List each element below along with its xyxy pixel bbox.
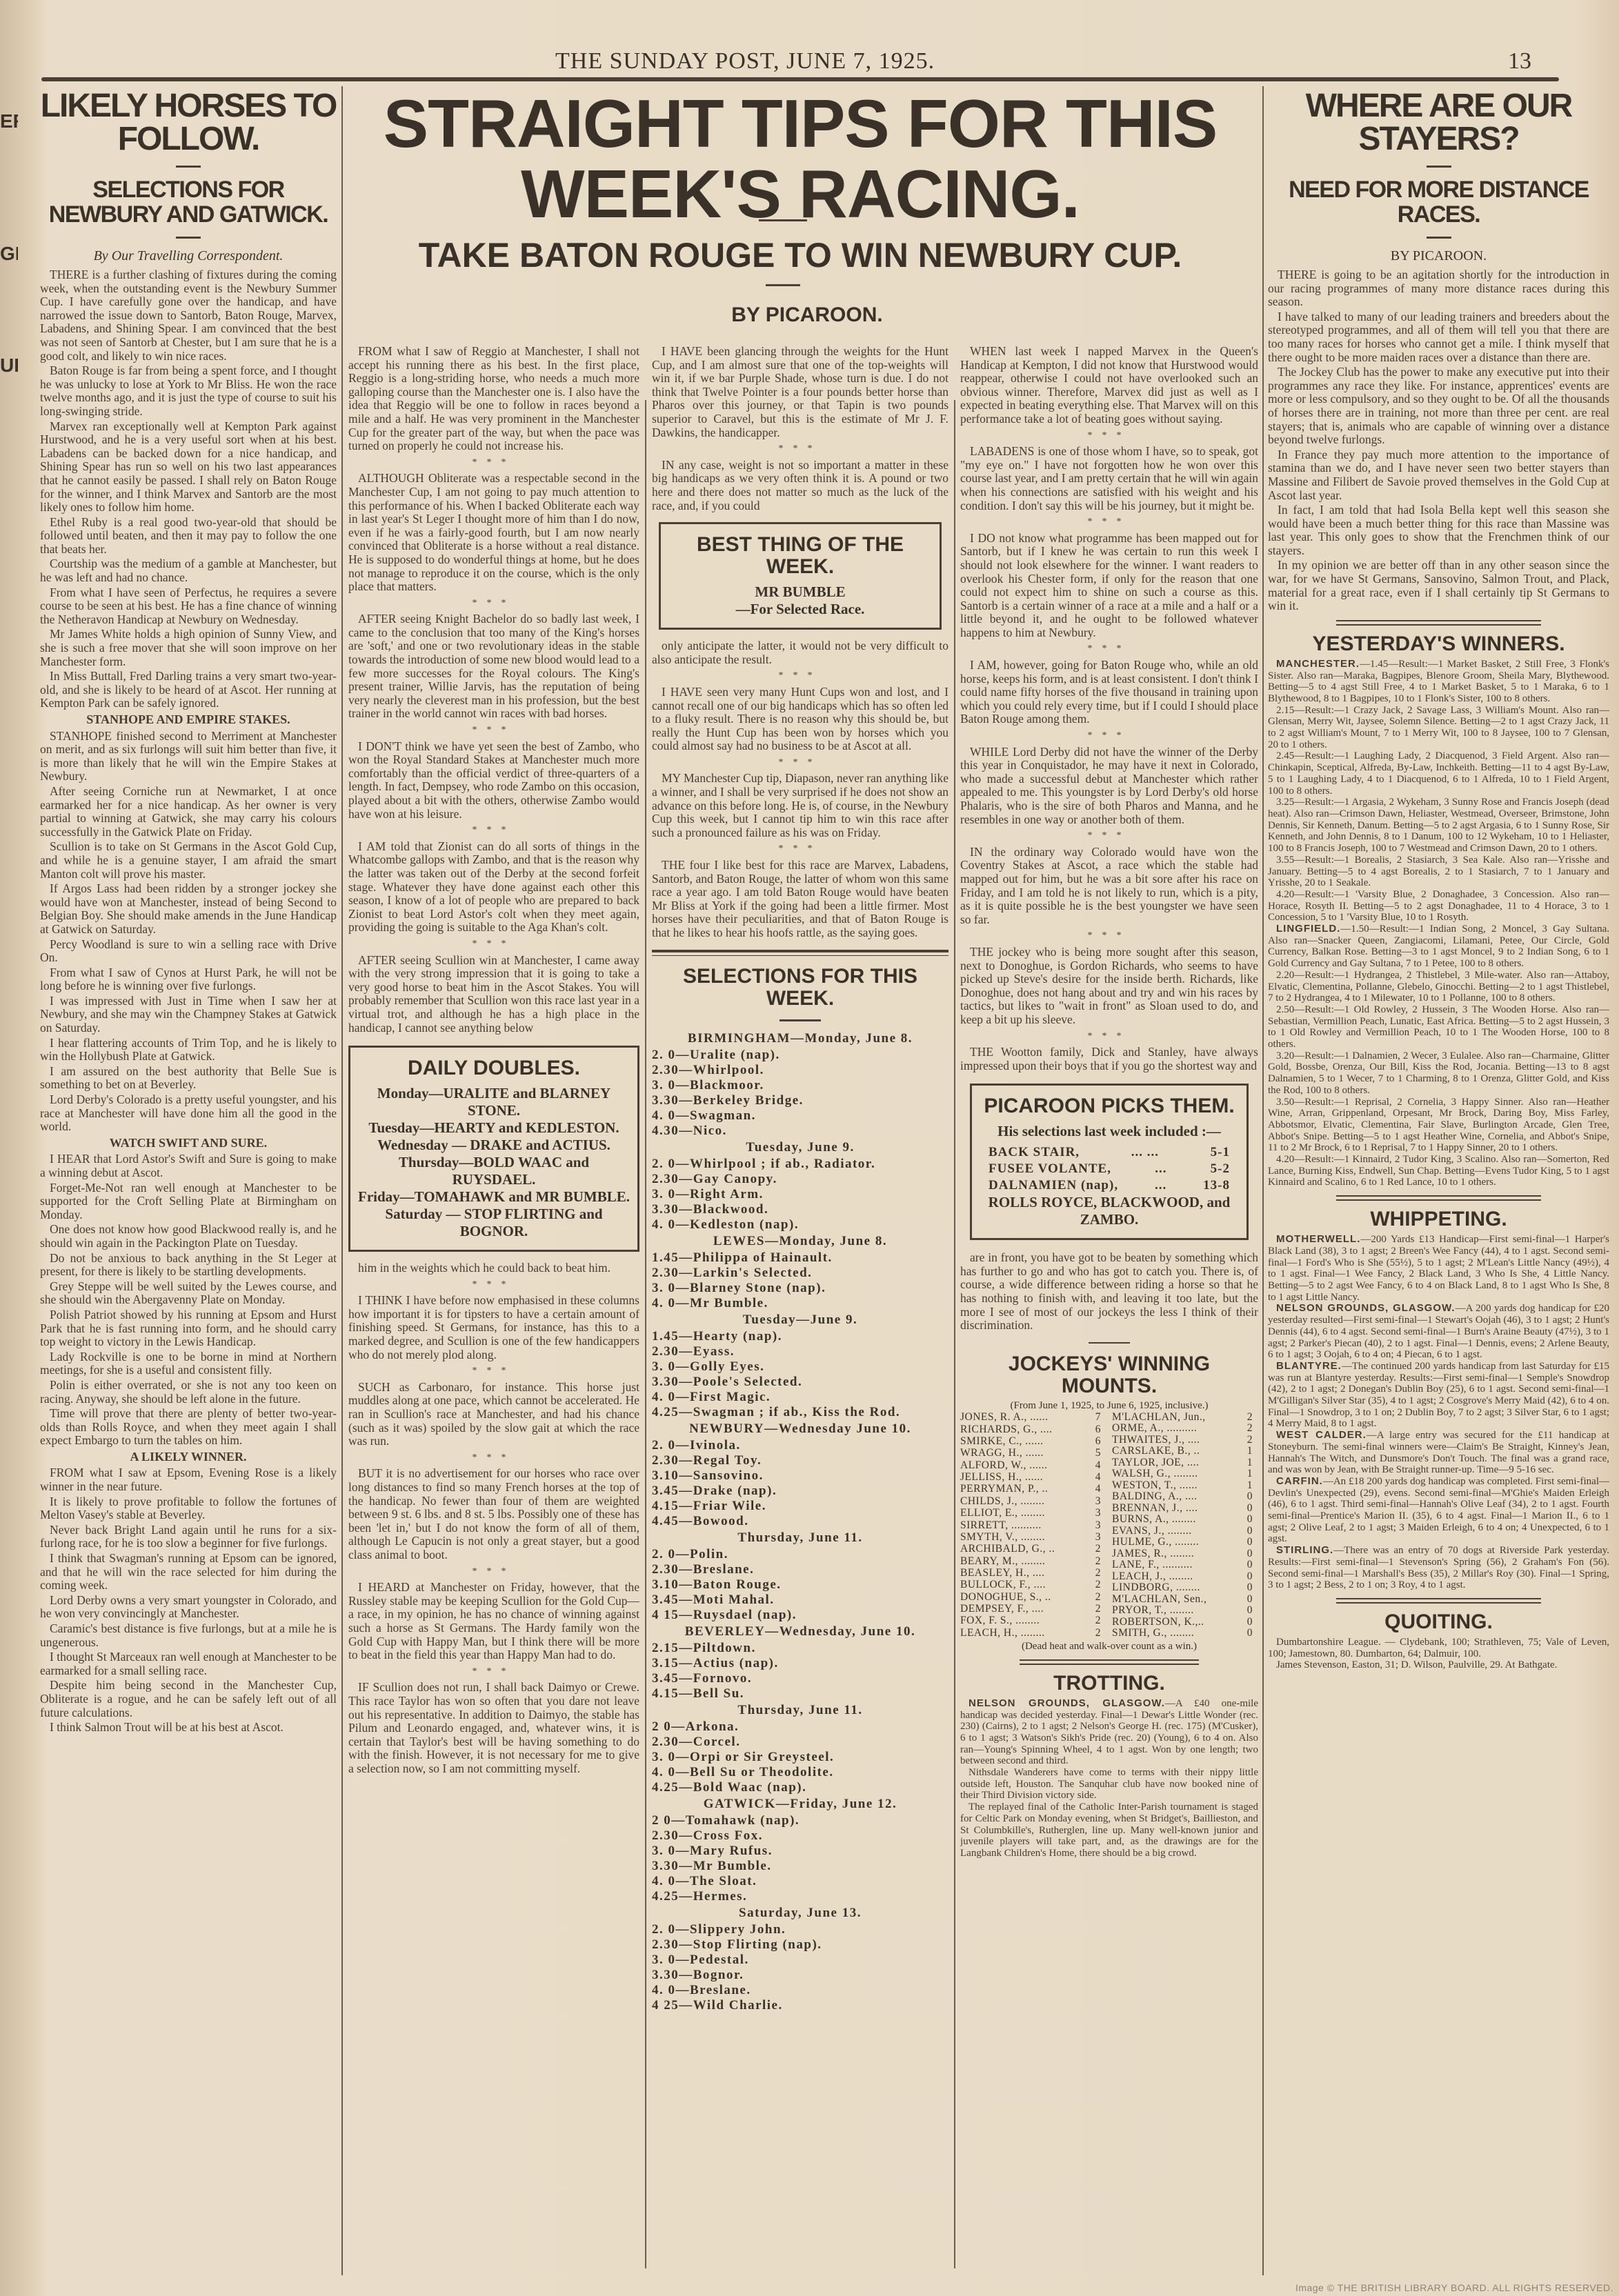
race-time: 4.30 <box>652 1124 679 1138</box>
paragraph: I HEARD at Manchester on Friday, however… <box>348 1581 639 1662</box>
paragraph: Time will prove that there are plenty of… <box>40 1407 337 1448</box>
selection-row: 2.30—Corcel. <box>652 1735 948 1750</box>
left-headline: LIKELY HORSES TO FOLLOW. <box>40 90 337 156</box>
horse-name: Philippa of Hainault. <box>693 1250 833 1265</box>
horse-name: Orpi or Sir Greysteel. <box>690 1750 834 1764</box>
horse-name: Pedestal. <box>690 1953 749 1967</box>
selection-row: 4. 0—Kedleston (nap). <box>652 1217 948 1232</box>
jockey-wins: 2 <box>1091 1568 1106 1579</box>
dash: — <box>679 1686 693 1701</box>
race-time: 2.30 <box>652 1063 679 1077</box>
separator-stars: *** <box>960 642 1258 656</box>
jockey-wins: 3 <box>1091 1531 1106 1543</box>
paragraph: LABADENS is one of those whom I have, so… <box>960 445 1258 512</box>
paragraph: WHEN last week I napped Marvex in the Qu… <box>960 345 1258 426</box>
paragraph: In France they pay much more attention t… <box>1268 448 1609 502</box>
trotting-title: TROTTING. <box>960 1672 1258 1695</box>
jockey-wins: 0 <box>1243 1537 1258 1548</box>
result-paragraph: 3.20—Result:—1 Dalnamien, 2 Wecer, 3 Eul… <box>1268 1050 1609 1097</box>
jockey-wins: 2 <box>1091 1615 1106 1627</box>
race-time: 4. 0 <box>652 1217 676 1232</box>
dash: — <box>676 1874 691 1888</box>
race-time: 4. 0 <box>652 1390 676 1404</box>
paragraph: AFTER seeing Scullion win at Manchester,… <box>348 954 639 1035</box>
paragraph: STANHOPE finished second to Merriment at… <box>40 730 337 783</box>
jockey-wins: 2 <box>1243 1412 1258 1424</box>
double-line: Monday—URALITE and BLARNEY STONE. <box>357 1085 630 1119</box>
jockey-row: WALSH, G., ........1 <box>1112 1468 1258 1480</box>
race-time: 2.30 <box>652 1266 679 1280</box>
selection-row: 4.25—Bold Waac (nap). <box>652 1780 948 1795</box>
dash: — <box>679 1671 693 1686</box>
jockey-name: ELLIOT, E., ........ <box>960 1508 1091 1519</box>
horse-name: Blackwood. <box>693 1202 769 1217</box>
pick-dots: ... ... <box>1131 1144 1159 1161</box>
jockey-row: SMIRKE, C., ......6 <box>960 1436 1106 1448</box>
jockey-name: WALSH, G., ........ <box>1112 1468 1243 1480</box>
dash: — <box>679 1484 693 1498</box>
jockey-row: BULLOCK, F., ....2 <box>960 1579 1106 1591</box>
jockey-name: DONOGHUE, S., .. <box>960 1591 1091 1603</box>
jockey-row: M'LACHLAN, Sen.,0 <box>1112 1594 1258 1606</box>
results-title: YESTERDAY'S WINNERS. <box>1268 632 1609 656</box>
dash: — <box>679 1202 693 1217</box>
paragraph: I HAVE seen very many Hunt Cups won and … <box>652 686 948 753</box>
dash: — <box>676 1281 691 1295</box>
jockey-name: ALFORD, W., ...... <box>960 1459 1091 1471</box>
race-time: 3.10 <box>652 1577 679 1592</box>
page-number: 13 <box>1508 48 1531 74</box>
right-headline: WHERE ARE OUR STAYERS? <box>1268 90 1609 156</box>
horse-name: Poole's Selected. <box>693 1375 802 1389</box>
race-time: 3. 0 <box>652 1953 676 1967</box>
paragraph: Lord Derby's Colorado is a pretty useful… <box>40 1093 337 1134</box>
selection-row: 3.45—Drake (nap). <box>652 1484 948 1499</box>
column-a: FROM what I saw of Reggio at Manchester,… <box>348 345 639 2282</box>
paragraph: ALTHOUGH Obliterate was a respectable se… <box>348 472 639 593</box>
result-paragraph: NELSON GROUNDS, GLASGOW.—A £40 one-mile … <box>960 1698 1258 1767</box>
meeting-heading: NEWBURY—Wednesday June 10. <box>652 1421 948 1437</box>
divider <box>176 166 201 168</box>
copyright-credit: Image © THE BRITISH LIBRARY BOARD. ALL R… <box>1295 2282 1613 2293</box>
jockey-row: PRYOR, T., ........0 <box>1112 1605 1258 1617</box>
race-time: 4 15 <box>652 1608 679 1622</box>
meeting-heading: Thursday, June 11. <box>652 1530 948 1546</box>
jockey-name: ORME, A., .......... <box>1112 1423 1243 1435</box>
jockey-row: ROBERTSON, K.,..0 <box>1112 1617 1258 1628</box>
separator-stars: *** <box>960 729 1258 743</box>
selection-row: 3. 0—Golly Eyes. <box>652 1359 948 1375</box>
venue-name: CARFIN. <box>1276 1475 1323 1487</box>
selection-row: 3. 0—Blarney Stone (nap). <box>652 1281 948 1296</box>
paragraph: AFTER seeing Knight Bachelor do so badly… <box>348 612 639 721</box>
result-text: 2.45—Result:—1 Laughing Lady, 2 Diacquen… <box>1268 750 1609 796</box>
separator-stars: *** <box>348 1364 639 1378</box>
race-time: 2 0 <box>652 1813 671 1828</box>
jockey-name: TAYLOR, JOE, .... <box>1112 1457 1243 1469</box>
paragraph: him in the weights which he could back t… <box>348 1261 639 1275</box>
horse-name: Nico. <box>693 1124 727 1138</box>
jockey-row: FOX, F. S., ........2 <box>960 1615 1106 1627</box>
jockey-row: WESTON, T., ......1 <box>1112 1480 1258 1492</box>
jockey-wins: 5 <box>1091 1448 1106 1459</box>
best-horse: MR BUMBLE <box>668 583 933 601</box>
race-time: 4. 0 <box>652 1983 676 1997</box>
paragraph: From what I have seen of Perfectus, he r… <box>40 586 337 627</box>
dash: — <box>679 1656 693 1670</box>
jockey-wins: 4 <box>1091 1472 1106 1484</box>
dash: — <box>679 1063 693 1077</box>
meeting-heading: Tuesday—June 9. <box>652 1312 948 1328</box>
dash: — <box>679 1968 693 1982</box>
separator-stars: *** <box>652 669 948 683</box>
pick-horse: BACK STAIR, <box>989 1144 1080 1161</box>
venue-name: STIRLING. <box>1276 1544 1333 1556</box>
paragraph: In my opinion we are better off than in … <box>1268 559 1609 612</box>
dash: — <box>679 1735 693 1749</box>
dash: — <box>679 1641 693 1655</box>
horse-name: Whirlpool ; if ab., Radiator. <box>690 1157 875 1171</box>
jockey-row: DEMPSEY, F., ....2 <box>960 1604 1106 1615</box>
jockey-wins: 6 <box>1091 1436 1106 1448</box>
dash: — <box>679 1593 693 1607</box>
race-time: 2.30 <box>652 1344 679 1359</box>
horse-name: Fornovo. <box>693 1671 752 1686</box>
result-paragraph: CARFIN.—An £18 200 yards dog handicap wa… <box>1268 1476 1609 1545</box>
horse-name: Baton Rouge. <box>693 1577 782 1592</box>
jockey-wins: 0 <box>1243 1605 1258 1617</box>
jockey-wins: 4 <box>1091 1459 1106 1471</box>
selection-row: 3. 0—Orpi or Sir Greysteel. <box>652 1750 948 1765</box>
box-title: PICAROON PICKS THEM. <box>979 1095 1240 1117</box>
column-divider <box>645 400 646 2268</box>
left-column: LIKELY HORSES TO FOLLOW. SELECTIONS FOR … <box>40 84 337 2282</box>
paragraph: WHILE Lord Derby did not have the winner… <box>960 746 1258 827</box>
jockey-name: JAMES, R., ........ <box>1112 1548 1243 1560</box>
dash: — <box>676 1390 691 1404</box>
horse-name: Regal Toy. <box>693 1453 762 1468</box>
quoiting-title: QUOITING. <box>1268 1610 1609 1634</box>
selection-row: 2.30—Larkin's Selected. <box>652 1266 948 1281</box>
race-time: 2. 0 <box>652 1157 676 1171</box>
adjacent-page-edge: ER GN UE <box>0 90 18 2296</box>
race-time: 3.45 <box>652 1671 679 1686</box>
result-text: 3.25—Result:—1 Argasia, 2 Wykeham, 3 Sun… <box>1268 797 1609 854</box>
race-time: 2.30 <box>652 1937 679 1952</box>
newspaper-title: THE SUNDAY POST, JUNE 7, 1925. <box>555 48 935 74</box>
jockeys-note: (Dead heat and walk-over count as a win.… <box>960 1641 1258 1653</box>
selections-list: BIRMINGHAM—Monday, June 8.2. 0—Uralite (… <box>652 1031 948 2013</box>
venue-name: NELSON GROUNDS, GLASGOW. <box>1276 1302 1456 1314</box>
paragraph: I HAVE been glancing through the weights… <box>652 345 948 439</box>
pick-horse: DALNAMIEN (nap), <box>989 1177 1118 1194</box>
dash: — <box>679 1453 693 1468</box>
double-line: Tuesday—HEARTY and KEDLESTON. <box>357 1119 630 1137</box>
selections-title: SELECTIONS FOR THIS WEEK. <box>652 966 948 1010</box>
dash: — <box>676 1547 691 1561</box>
selection-row: 1.45—Hearty (nap). <box>652 1329 948 1344</box>
separator-stars: *** <box>348 937 639 951</box>
horse-name: Breslane. <box>690 1983 751 1997</box>
paragraph: Ethel Ruby is a real good two-year-old t… <box>40 516 337 557</box>
jockey-wins: 1 <box>1243 1457 1258 1469</box>
result-paragraph: 4.20—Result:—1 'Varsity Blue, 2 Donaghad… <box>1268 889 1609 924</box>
jockey-row: TAYLOR, JOE, ....1 <box>1112 1457 1258 1469</box>
paragraph: SUCH as Carbonaro, for instance. This ho… <box>348 1381 639 1448</box>
jockey-name: LINDBORG, ........ <box>1112 1582 1243 1594</box>
selection-row: 4.25—Hermes. <box>652 1889 948 1904</box>
jockey-row: SIRRETT, ..........3 <box>960 1519 1106 1531</box>
jockey-name: FOX, F. S., ........ <box>960 1615 1091 1627</box>
dash: — <box>679 1250 693 1265</box>
race-time: 1.45 <box>652 1250 679 1265</box>
paragraph: I DON'T think we have yet seen the best … <box>348 740 639 821</box>
race-time: 3. 0 <box>652 1844 676 1858</box>
divider <box>176 237 201 239</box>
selection-row: 2.30—Stop Flirting (nap). <box>652 1937 948 1953</box>
race-time: 3.10 <box>652 1468 679 1483</box>
section-rule <box>1336 1195 1541 1201</box>
main-byline: BY PICAROON. <box>635 303 980 327</box>
paragraph: BUT it is no advertisement for our horse… <box>348 1467 639 1561</box>
dash: — <box>676 1108 691 1123</box>
pick-dots: ... <box>1155 1177 1166 1194</box>
paragraph: It is likely to prove profitable to foll… <box>40 1495 337 1522</box>
horse-name: Stop Flirting (nap). <box>693 1937 822 1952</box>
dash: — <box>679 1172 693 1186</box>
pick-odds: 13-8 <box>1203 1177 1230 1194</box>
race-time: 4.25 <box>652 1405 679 1419</box>
pick-row: FUSEE VOLANTE,...5-2 <box>979 1161 1240 1177</box>
separator-stars: *** <box>652 756 948 770</box>
paragraph: FROM what I saw at Epsom, Evening Rose i… <box>40 1466 337 1493</box>
race-time: 4.15 <box>652 1499 679 1513</box>
result-paragraph: BLANTYRE.—The continued 200 yards handic… <box>1268 1361 1609 1430</box>
paragraph: IN any case, weight is not so important … <box>652 459 948 512</box>
jockey-name: PERRYMAN, P., .. <box>960 1484 1091 1495</box>
result-paragraph: 3.50—Result:—1 Reprisal, 2 Cornelia, 3 H… <box>1268 1097 1609 1155</box>
jockey-row: SMYTH, V., ........3 <box>960 1531 1106 1543</box>
horse-name: Bell Su or Theodolite. <box>690 1765 834 1779</box>
jockey-name: LANE, F., .......... <box>1112 1559 1243 1571</box>
jockey-row: DONOGHUE, S., ..2 <box>960 1591 1106 1603</box>
race-time: 2.30 <box>652 1453 679 1468</box>
selection-row: 4 15—Ruysdael (nap). <box>652 1608 948 1623</box>
section-rule <box>1336 1598 1541 1604</box>
race-time: 2. 0 <box>652 1922 676 1937</box>
horse-name: Slippery John. <box>690 1922 786 1937</box>
paragraph: Polish Patriot showed by his running at … <box>40 1308 337 1349</box>
jockey-row: BURNS, A., ........0 <box>1112 1514 1258 1526</box>
jockey-wins: 0 <box>1243 1617 1258 1628</box>
jockey-name: BURNS, A., ........ <box>1112 1514 1243 1526</box>
separator-stars: *** <box>348 1565 639 1579</box>
race-time: 2.30 <box>652 1562 679 1577</box>
horse-name: Bowood. <box>693 1514 749 1528</box>
selection-row: 2. 0—Ivinola. <box>652 1438 948 1453</box>
jockey-row: SMITH, G., ........0 <box>1112 1628 1258 1639</box>
paragraph: Polin is either overrated, or she is not… <box>40 1379 337 1406</box>
jockey-wins: 3 <box>1091 1519 1106 1531</box>
jockey-name: JONES, R. A., ...... <box>960 1412 1091 1424</box>
dash: — <box>676 1048 691 1062</box>
race-time: 3. 0 <box>652 1281 676 1295</box>
dash: — <box>679 1608 693 1622</box>
jockey-wins: 3 <box>1091 1508 1106 1519</box>
jockey-row: PERRYMAN, P., ..4 <box>960 1484 1106 1495</box>
edge-fragment: ER <box>0 110 18 132</box>
paragraph: I hear flattering accounts of Trim Top, … <box>40 1037 337 1064</box>
horse-name: Blarney Stone (nap). <box>690 1281 826 1295</box>
dash: — <box>676 1953 691 1967</box>
jockey-wins: 0 <box>1243 1514 1258 1526</box>
paragraph: Grey Steppe will be well suited by the L… <box>40 1280 337 1307</box>
result-paragraph: 4.20—Result:—1 Kinnaird, 2 Tudor King, 3… <box>1268 1154 1609 1188</box>
main-subheadline: TAKE BATON ROUGE TO WIN NEWBURY CUP. <box>338 238 1262 272</box>
selection-row: 2.15—Piltdown. <box>652 1641 948 1656</box>
jockey-name: ARCHIBALD, G., .. <box>960 1544 1091 1555</box>
paragraph: THERE is going to be an agitation shortl… <box>1268 268 1609 309</box>
horse-name: Mary Rufus. <box>690 1844 773 1858</box>
selection-row: 2.30—Cross Fox. <box>652 1828 948 1844</box>
picaroon-picks-box: PICAROON PICKS THEM. His selections last… <box>970 1084 1249 1240</box>
dash: — <box>676 1157 691 1171</box>
jockeys-table-right: M'LACHLAN, Jun.,2ORME, A., ..........2TH… <box>1112 1412 1258 1639</box>
paragraph: I have talked to many of our leading tra… <box>1268 310 1609 364</box>
jockey-row: M'LACHLAN, Jun.,2 <box>1112 1412 1258 1424</box>
jockey-row: ALFORD, W., ......4 <box>960 1459 1106 1471</box>
jockey-name: LEACH, H., ........ <box>960 1627 1091 1639</box>
column-divider <box>341 86 343 2275</box>
race-time: 3.45 <box>652 1484 679 1498</box>
dash: — <box>679 1577 693 1592</box>
horse-name: Friar Wile. <box>693 1499 766 1513</box>
meeting-heading: BIRMINGHAM—Monday, June 8. <box>652 1031 948 1046</box>
selection-row: 4. 0—Bell Su or Theodolite. <box>652 1765 948 1780</box>
dash: — <box>676 1983 691 1997</box>
jockey-wins: 1 <box>1243 1468 1258 1480</box>
meeting-heading: Tuesday, June 9. <box>652 1140 948 1155</box>
separator-stars: *** <box>348 456 639 470</box>
race-time: 4.25 <box>652 1889 679 1904</box>
race-time: 3. 0 <box>652 1750 676 1764</box>
result-text: 2.15—Result:—1 Crazy Jack, 2 Savage Lass… <box>1268 705 1609 750</box>
paragraph: The Jockey Club has the power to make an… <box>1268 366 1609 447</box>
race-time: 4.25 <box>652 1780 679 1795</box>
jockey-name: EVANS, J., ........ <box>1112 1526 1243 1537</box>
result-text: 2.20—Result:—1 Hydrangea, 2 Thistlebel, … <box>1268 970 1609 1004</box>
jockeys-period: (From June 1, 1925, to June 6, 1925, inc… <box>960 1400 1258 1412</box>
paragraph: THE Wootton family, Dick and Stanley, ha… <box>960 1046 1258 1072</box>
horse-name: Cross Fox. <box>693 1828 763 1843</box>
result-paragraph: 2.15—Result:—1 Crazy Jack, 2 Savage Lass… <box>1268 705 1609 751</box>
horse-name: Tomahawk (nap). <box>686 1813 799 1828</box>
paragraph: I THINK I have before now emphasised in … <box>348 1294 639 1361</box>
race-time: 3.30 <box>652 1968 679 1982</box>
paragraph: are in front, you have got to be beaten … <box>960 1251 1258 1332</box>
race-time: 4.45 <box>652 1514 679 1528</box>
double-line: Friday—TOMAHAWK and MR BUMBLE. <box>357 1188 630 1206</box>
column-divider <box>954 400 955 2268</box>
horse-name: Hermes. <box>693 1889 748 1904</box>
jockey-wins: 4 <box>1091 1484 1106 1495</box>
jockeys-table: JONES, R. A., ......7RICHARDS, G., ....6… <box>960 1412 1258 1639</box>
jockey-name: SMYTH, V., ........ <box>960 1531 1091 1543</box>
selection-row: 4.15—Friar Wile. <box>652 1499 948 1514</box>
jockey-wins: 0 <box>1243 1526 1258 1537</box>
paragraph: I think that Swagman's running at Epsom … <box>40 1552 337 1593</box>
selection-row: 4. 0—Mr Bumble. <box>652 1296 948 1311</box>
selection-row: 3.30—Poole's Selected. <box>652 1375 948 1390</box>
race-time: 2. 0 <box>652 1048 676 1062</box>
race-time: 2.30 <box>652 1828 679 1843</box>
jockey-wins: 2 <box>1091 1604 1106 1615</box>
race-time: 3.30 <box>652 1202 679 1217</box>
meeting-heading: GATWICK—Friday, June 12. <box>652 1797 948 1812</box>
jockey-name: PRYOR, T., ........ <box>1112 1605 1243 1617</box>
horse-name: Moti Mahal. <box>693 1593 775 1607</box>
selection-row: 2.30—Breslane. <box>652 1562 948 1577</box>
jockey-name: BEASLEY, H., .... <box>960 1568 1091 1579</box>
whippeting-text: MOTHERWELL.—200 Yards £13 Handicap—First… <box>1268 1234 1609 1591</box>
jockeys-title: JOCKEYS' WINNING MOUNTS. <box>960 1353 1258 1397</box>
result-paragraph: MOTHERWELL.—200 Yards £13 Handicap—First… <box>1268 1234 1609 1303</box>
paragraph: Lady Rockville is one to be borne in min… <box>40 1350 337 1377</box>
dash: — <box>679 1998 693 2013</box>
horse-name: Gay Canopy. <box>693 1172 777 1186</box>
dash: — <box>676 1217 691 1232</box>
separator-stars: *** <box>960 929 1258 943</box>
selection-row: 2. 0—Uralite (nap). <box>652 1048 948 1063</box>
column-b: I HAVE been glancing through the weights… <box>652 345 948 2282</box>
picks-footer: ROLLS ROYCE, BLACKWOOD, and ZAMBO. <box>979 1194 1240 1228</box>
jockey-wins: 0 <box>1243 1571 1258 1583</box>
jockey-name: HULME, G., ........ <box>1112 1537 1243 1548</box>
selection-row: 3.15—Actius (nap). <box>652 1656 948 1671</box>
horse-name: Wild Charlie. <box>693 1998 783 2013</box>
result-paragraph: WEST CALDER.—A large entry was secured f… <box>1268 1430 1609 1476</box>
selection-row: 2 0—Tomahawk (nap). <box>652 1813 948 1828</box>
picks-intro: His selections last week included :— <box>979 1123 1240 1140</box>
result-paragraph: LINGFIELD.—1.50—Result:—1 Indian Song, 2… <box>1268 924 1609 970</box>
result-paragraph: 2.45—Result:—1 Laughing Lady, 2 Diacquen… <box>1268 750 1609 797</box>
right-column: WHERE ARE OUR STAYERS? NEED FOR MORE DIS… <box>1268 84 1609 2282</box>
paragraph: THE four I like best for this race are M… <box>652 859 948 940</box>
dash: — <box>679 1499 693 1513</box>
horse-name: Berkeley Bridge. <box>693 1093 804 1108</box>
meeting-heading: Thursday, June 11. <box>652 1703 948 1718</box>
separator-stars: *** <box>348 1451 639 1465</box>
masthead-rule <box>41 77 1559 81</box>
dash: — <box>679 1329 693 1344</box>
dash: — <box>679 1124 693 1138</box>
dash: — <box>679 1468 693 1483</box>
race-time: 3. 0 <box>652 1359 676 1374</box>
jockey-wins: 0 <box>1243 1548 1258 1560</box>
selection-row: 2. 0—Polin. <box>652 1547 948 1562</box>
result-paragraph: STIRLING.—There was an entry of 70 dogs … <box>1268 1545 1609 1591</box>
best-thing-box: BEST THING OF THE WEEK. MR BUMBLE —For S… <box>659 522 942 630</box>
paragraph: IN the ordinary way Colorado would have … <box>960 846 1258 927</box>
result-text: 3.50—Result:—1 Reprisal, 2 Cornelia, 3 H… <box>1268 1097 1609 1154</box>
paragraph: From what I saw of Cynos at Hurst Park, … <box>40 966 337 993</box>
jockey-row: BEARY, M., ........2 <box>960 1555 1106 1567</box>
paragraph: Courtship was the medium of a gamble at … <box>40 557 337 584</box>
separator-stars: *** <box>652 442 948 456</box>
jockey-name: BALDING, A., .... <box>1112 1491 1243 1503</box>
selection-row: 3. 0—Blackmoor. <box>652 1078 948 1093</box>
selection-row: 3.30—Bognor. <box>652 1968 948 1983</box>
